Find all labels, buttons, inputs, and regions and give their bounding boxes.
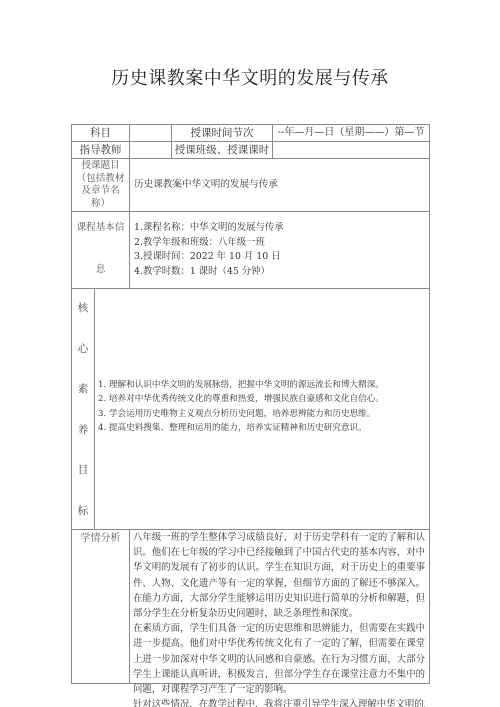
row-divider (71, 288, 430, 289)
student-analysis-label: 学情分析 (72, 531, 129, 547)
topic-label-line: 称） (91, 198, 110, 211)
subject-value[interactable] (130, 125, 171, 141)
core-goal-item: 1. 理解和认识中华文明的发展脉络，把握中华文明的源远流长和博大精深。 (98, 378, 428, 392)
teacher-label: 指导教师 (72, 142, 129, 158)
teacher-value[interactable] (130, 142, 171, 158)
student-analysis-paragraph: 在素质方面，学生们具备一定的历史思维和思辨能力，但需要在实践中进一步提高。他们对… (133, 621, 425, 697)
class-time-value[interactable]: --年—月—日（星期——）第—节 (273, 125, 429, 141)
student-analysis-paragraph: 针对这些情况，在教学过程中，我将注重引导学生深入理解中华文明的发 (133, 697, 425, 707)
table-border-right (429, 124, 430, 684)
basic-info-label-top: 课程基本信 (72, 220, 129, 236)
core-goals-label-char: 目 (78, 462, 89, 477)
class-period-label: 授课班级、授课课时 (172, 142, 272, 158)
basic-info-label-bottom: 息 (72, 262, 129, 278)
basic-info-list: 1.课程名称：中华文明的发展与传承 2.教学年级和班级：八年级一班 3.授课时间… (134, 221, 424, 279)
core-goals-label-char: 心 (78, 341, 89, 356)
basic-info-item: 4.教学时数：1 课时（45 分钟） (134, 265, 424, 280)
topic-label-line: （包括教材 (77, 173, 125, 186)
core-goals-label: 核 心 素 养 目 标 (72, 300, 94, 518)
core-goals-label-char: 核 (78, 300, 89, 315)
class-time-label: 授课时间节次 (172, 125, 272, 141)
basic-info-item: 2.教学年级和班级：八年级一班 (134, 236, 424, 251)
core-goals-label-char: 素 (78, 381, 89, 396)
col-divider (129, 529, 130, 684)
core-goal-item: 2. 培养对中华优秀传统文化的尊重和热爱，增强民族自豪感和文化自信心。 (98, 392, 428, 406)
row-divider (71, 211, 430, 212)
core-goals-label-char: 养 (78, 422, 89, 437)
topic-label-line: 及章节名 (81, 185, 119, 198)
col-divider (94, 288, 95, 529)
student-analysis-paragraph: 八年级一班的学生整体学习成绩良好，对于历史学科有一定的了解和认识。他们在七年级的… (133, 530, 425, 621)
topic-label: 授课题目 （包括教材 及章节名 称） (72, 159, 129, 211)
subject-label: 科目 (72, 125, 129, 141)
core-goal-item: 3. 学会运用历史唯物主义观点分析历史问题，培养思辨能力和历史思维。 (98, 407, 428, 421)
core-goals-label-char: 标 (78, 503, 89, 518)
student-analysis-text: 八年级一班的学生整体学习成绩良好，对于历史学科有一定的了解和认识。他们在七年级的… (133, 530, 425, 707)
core-goals-list: 1. 理解和认识中华文明的发展脉络，把握中华文明的源远流长和博大精深。 2. 培… (98, 378, 428, 435)
class-period-value[interactable] (273, 142, 429, 158)
document-title: 历史课教案中华文明的发展与传承 (0, 64, 500, 90)
topic-label-line: 授课题目 (81, 160, 119, 173)
basic-info-item: 1.课程名称：中华文明的发展与传承 (134, 221, 424, 236)
topic-value[interactable]: 历史课教案中华文明的发展与传承 (134, 159, 424, 211)
core-goal-item: 4. 提高史料搜集、整理和运用的能力，培养实证精神和历史研究意识。 (98, 421, 428, 435)
basic-info-item: 3.授课时间：2022 年 10 月 10 日 (134, 250, 424, 265)
